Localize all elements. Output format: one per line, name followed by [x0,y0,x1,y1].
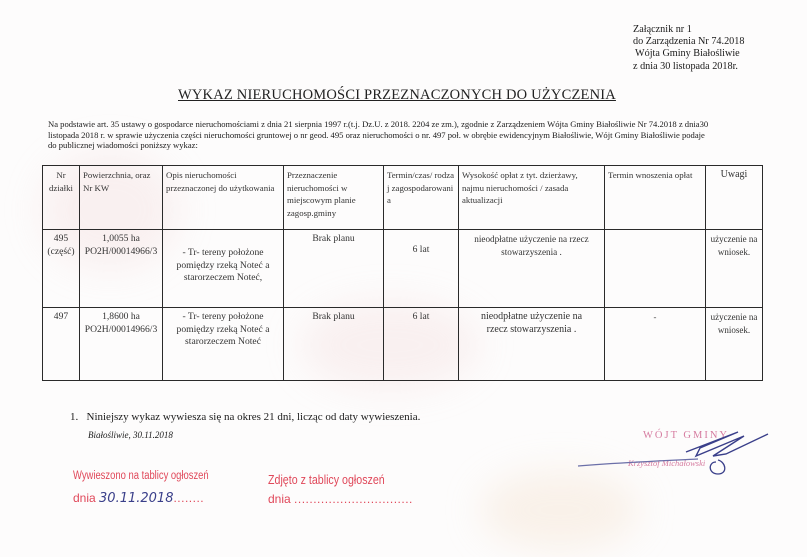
intro-paragraph: Na podstawie art. 35 ustawy o gospodarce… [48,119,764,151]
annex-line: Wójta Gminy Białośliwie [633,48,744,60]
annex-line: Załącznik nr 1 [633,24,744,36]
cell-payment-term: - [605,308,706,381]
cell-area: 1,0055 ha PO2H/00014966/3 [80,230,163,308]
posted-handwritten-date: 30.11.2018 [99,491,173,506]
place-and-date: Białośliwie, 30.11.2018 [88,430,173,440]
area-value: 1,8600 ha [83,311,159,324]
document-title: WYKAZ NIERUCHOMOŚCI PRZEZNACZONYCH DO UŻ… [178,87,616,104]
parcel-number: 497 [46,311,76,324]
signature-stamp: WÓJT GMINY Krzysztof Michałowski [628,430,778,480]
notice-number: 1. [70,411,78,423]
cell-remarks: użyczenie na wniosek. [706,308,763,381]
land-register-number: PO2H/00014966/3 [83,324,159,337]
intro-line: listopada 2018 r. w sprawie użyczenia cz… [48,130,764,141]
removed-dnia-label: dnia [268,492,291,506]
cell-payment-term [605,230,706,308]
cell-plan: Brak planu [284,230,384,308]
header-payment-term: Termin wnoszenia opłat [605,166,706,230]
cell-fee: nieodpłatne użyczenie na rzecz stowarzys… [459,308,605,381]
parcel-number: 495 [46,233,76,246]
cell-description: - Tr- tereny położone pomiędzy rzeką Not… [163,308,284,381]
cell-remarks: użyczenie na wniosek. [706,230,763,308]
header-plan: Przeznaczenie nieruchomości w miejscowym… [284,166,384,230]
annex-header: Załącznik nr 1 do Zarządzenia Nr 74.2018… [633,24,744,73]
header-nr: Nr działki [43,166,80,230]
cell-description: - Tr- tereny położone pomiędzy rzeką Not… [163,230,284,308]
cell-nr: 495 (część) [43,230,80,308]
posted-stamp-label: Wywieszono na tablicy ogłoszeń [73,470,209,482]
header-term: Termin/czas/ rodzaj zagospodarowania [384,166,459,230]
posted-dots: ........ [173,491,204,505]
posted-stamp: Wywieszono na tablicy ogłoszeń dnia 30.1… [73,470,238,506]
area-value: 1,0055 ha [83,233,159,246]
intro-line: do publicznej wiadomości poniższy wykaz: [48,140,764,151]
intro-line: Na podstawie art. 35 ustawy o gospodarce… [48,119,764,130]
removed-stamp: Zdjęto z tablicy ogłoszeń dnia .........… [268,472,413,506]
header-remarks: Uwagi [706,166,763,230]
notice-item: 1. Niniejszy wykaz wywiesza się na okres… [70,411,420,423]
header-area: Powierzchnia, oraz Nr KW [80,166,163,230]
cell-term: 6 lat [384,230,459,308]
header-description: Opis nieruchomości przeznaczonej do użyt… [163,166,284,230]
land-register-number: PO2H/00014966/3 [83,246,159,259]
notice-text: Niniejszy wykaz wywiesza się na okres 21… [87,411,421,423]
table-row: 495 (część) 1,0055 ha PO2H/00014966/3 - … [43,230,763,308]
cell-area: 1,8600 ha PO2H/00014966/3 [80,308,163,381]
cell-nr: 497 [43,308,80,381]
annex-line: z dnia 30 listopada 2018r. [633,61,744,73]
parcel-note: (część) [46,246,76,259]
cell-fee: nieodpłatne użyczenie na rzecz stowarzys… [459,230,605,308]
posted-date-line: dnia 30.11.2018........ [73,491,238,506]
annex-line: do Zarządzenia Nr 74.2018 [633,36,744,48]
table-header-row: Nr działki Powierzchnia, oraz Nr KW Opis… [43,166,763,230]
header-fee: Wysokość opłat z tyt. dzierżawy, najmu n… [459,166,605,230]
property-table: Nr działki Powierzchnia, oraz Nr KW Opis… [42,165,763,381]
removed-date-line: dnia ............................... [268,492,413,506]
cell-term: 6 lat [384,308,459,381]
cell-plan: Brak planu [284,308,384,381]
removed-stamp-label: Zdjęto z tablicy ogłoszeń [268,472,387,487]
posted-dnia-label: dnia [73,491,96,505]
table-row: 497 1,8600 ha PO2H/00014966/3 - Tr- tere… [43,308,763,381]
handwritten-signature-icon [568,426,788,486]
removed-dots: ............................... [294,492,413,506]
